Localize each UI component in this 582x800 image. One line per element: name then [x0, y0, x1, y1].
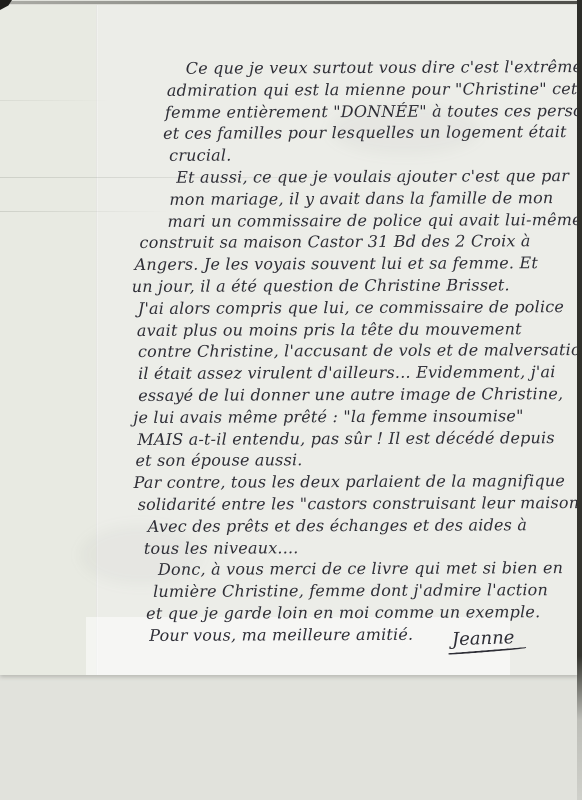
letter-line: mon mariage, il y avait dans la famille … [131, 187, 581, 211]
letter-line: et son épouse aussi. [132, 448, 582, 472]
scan-edge-top [8, 1, 582, 4]
letter-body: Ce que je veux surtout vous dire c'est l… [131, 56, 582, 646]
letter-line: tous les niveaux.... [133, 536, 582, 560]
letter-line: Ce que je veux surtout vous dire c'est l… [131, 56, 581, 80]
scanned-letter: Ce que je veux surtout vous dire c'est l… [0, 0, 582, 800]
letter-line: un jour, il a été question de Christine … [132, 274, 582, 298]
horizontal-fold-crease [0, 100, 110, 101]
letter-line: et ces familles pour lesquelles un logem… [131, 121, 581, 145]
letter-line: femme entièrement "DONNÉE" à toutes ces … [131, 100, 581, 124]
letter-line: je lui avais même prêté : "la femme inso… [132, 405, 582, 429]
letter-line: J'ai alors compris que lui, ce commissai… [132, 296, 582, 320]
letter-line: il était assez virulent d'ailleurs... Ev… [132, 361, 582, 385]
letter-line: admiration qui est la mienne pour "Chris… [131, 78, 581, 102]
letter-line: Par contre, tous les deux parlaient de l… [133, 470, 582, 494]
letter-line: solidarité entre les "castors construisa… [133, 492, 582, 516]
letter-line: construit sa maison Castor 31 Bd des 2 C… [131, 230, 581, 254]
letter-line: Angers. Je les voyais souvent lui et sa … [132, 252, 582, 276]
letter-line: lumière Christine, femme dont j'admire l… [133, 579, 582, 603]
page-fold-strip [0, 5, 96, 675]
signature: Jeanne [452, 627, 527, 654]
letter-line: Donc, à vous merci de ce livre qui met s… [133, 557, 582, 581]
letter-line: et que je garde loin en moi comme un exe… [133, 601, 582, 625]
letter-line: mari un commissaire de police qui avait … [131, 209, 581, 233]
letter-line: contre Christine, l'accusant de vols et … [132, 339, 582, 363]
letter-line: Avec des prêts et des échanges et des ai… [133, 514, 582, 538]
scan-edge-right [577, 0, 582, 800]
letter-line: Et aussi, ce que je voulais ajouter c'es… [131, 165, 581, 189]
letter-line: crucial. [131, 143, 581, 167]
signature-name: Jeanne [452, 627, 515, 650]
letter-line: essayé de lui donner une autre image de … [132, 383, 582, 407]
letter-line: MAIS a-t-il entendu, pas sûr ! Il est dé… [132, 427, 582, 451]
letter-line: avait plus ou moins pris la tête du mouv… [132, 318, 582, 342]
